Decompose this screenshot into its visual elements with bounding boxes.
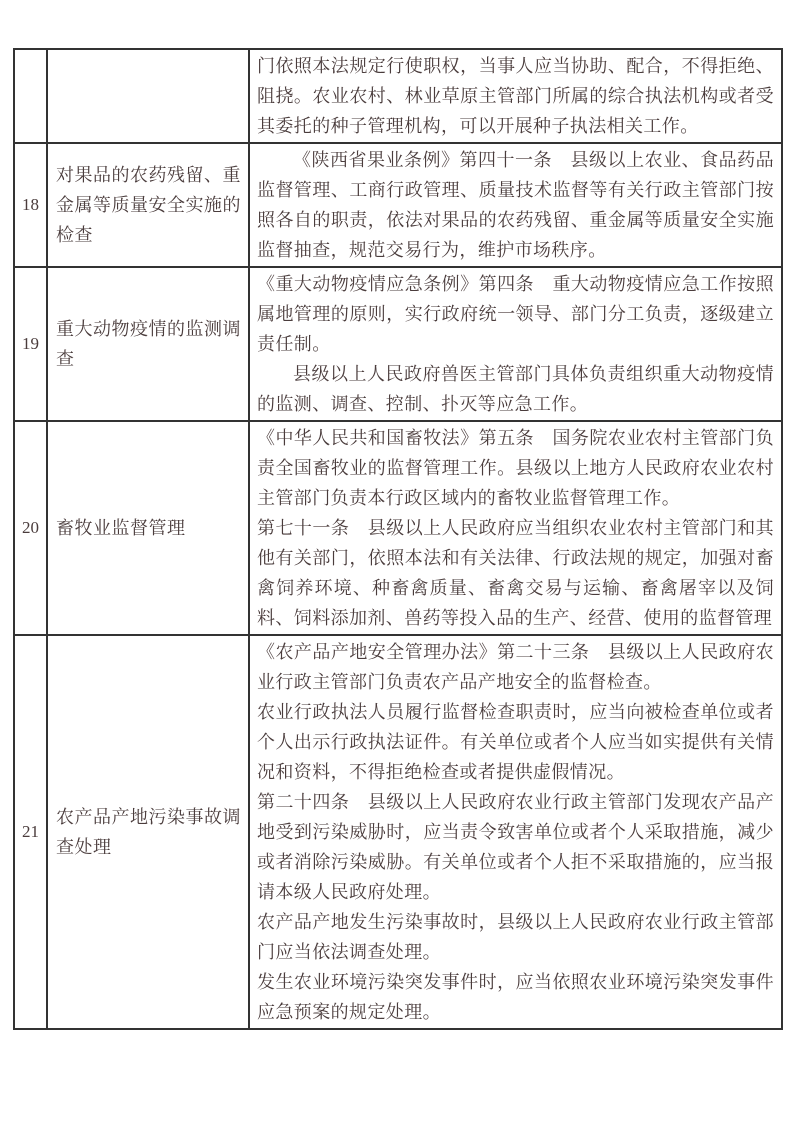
legal-basis-paragraph: 门依照本法规定行使职权，当事人应当协助、配合，不得拒绝、阻挠。农业农村、林业草原… [257, 51, 774, 141]
legal-basis-paragraph: 第二十四条 县级以上人民政府农业行政主管部门发现农产品产地受到污染威胁时，应当责… [257, 787, 774, 907]
legal-basis-paragraph: 县级以上人民政府兽医主管部门具体负责组织重大动物疫情的监测、调查、控制、扑灭等应… [257, 359, 774, 419]
document-page: 门依照本法规定行使职权，当事人应当协助、配合，不得拒绝、阻挠。农业农村、林业草原… [0, 0, 792, 1121]
legal-basis-paragraph: 农业行政执法人员履行监督检查职责时，应当向被检查单位或者个人出示行政执法证件。有… [257, 697, 774, 787]
row-number: 20 [14, 421, 47, 635]
task-name-cell: 畜牧业监督管理 [47, 421, 249, 635]
legal-basis-cell: 《农产品产地安全管理办法》第二十三条 县级以上人民政府农业行政主管部门负责农产品… [249, 635, 782, 1029]
row-number: 21 [14, 635, 47, 1029]
table-row: 门依照本法规定行使职权，当事人应当协助、配合，不得拒绝、阻挠。农业农村、林业草原… [14, 49, 782, 143]
legal-basis-paragraph: 第七十一条 县级以上人民政府应当组织农业农村主管部门和其他有关部门，依照本法和有… [257, 513, 774, 633]
legal-basis-paragraph: 《陕西省果业条例》第四十一条 县级以上农业、食品药品监督管理、工商行政管理、质量… [257, 145, 774, 265]
table-row: 20畜牧业监督管理《中华人民共和国畜牧法》第五条 国务院农业农村主管部门负责全国… [14, 421, 782, 635]
task-name-cell: 对果品的农药残留、重金属等质量安全实施的检查 [47, 143, 249, 267]
row-number: 19 [14, 267, 47, 421]
row-number: 18 [14, 143, 47, 267]
row-number [14, 49, 47, 143]
legal-basis-paragraph: 《中华人民共和国畜牧法》第五条 国务院农业农村主管部门负责全国畜牧业的监督管理工… [257, 423, 774, 513]
regulation-table: 门依照本法规定行使职权，当事人应当协助、配合，不得拒绝、阻挠。农业农村、林业草原… [13, 48, 783, 1030]
table-row: 21农产品产地污染事故调查处理《农产品产地安全管理办法》第二十三条 县级以上人民… [14, 635, 782, 1029]
regulation-table-body: 门依照本法规定行使职权，当事人应当协助、配合，不得拒绝、阻挠。农业农村、林业草原… [14, 49, 782, 1029]
table-row: 19重大动物疫情的监测调查《重大动物疫情应急条例》第四条 重大动物疫情应急工作按… [14, 267, 782, 421]
legal-basis-paragraph: 发生农业环境污染突发事件时，应当依照农业环境污染突发事件应急预案的规定处理。 [257, 967, 774, 1027]
legal-basis-paragraph: 《农产品产地安全管理办法》第二十三条 县级以上人民政府农业行政主管部门负责农产品… [257, 637, 774, 697]
task-name-cell: 农产品产地污染事故调查处理 [47, 635, 249, 1029]
legal-basis-paragraph: 农产品产地发生污染事故时，县级以上人民政府农业行政主管部门应当依法调查处理。 [257, 907, 774, 967]
legal-basis-cell: 《重大动物疫情应急条例》第四条 重大动物疫情应急工作按照属地管理的原则，实行政府… [249, 267, 782, 421]
task-name-cell: 重大动物疫情的监测调查 [47, 267, 249, 421]
legal-basis-cell: 《陕西省果业条例》第四十一条 县级以上农业、食品药品监督管理、工商行政管理、质量… [249, 143, 782, 267]
legal-basis-cell: 《中华人民共和国畜牧法》第五条 国务院农业农村主管部门负责全国畜牧业的监督管理工… [249, 421, 782, 635]
legal-basis-cell: 门依照本法规定行使职权，当事人应当协助、配合，不得拒绝、阻挠。农业农村、林业草原… [249, 49, 782, 143]
legal-basis-paragraph: 《重大动物疫情应急条例》第四条 重大动物疫情应急工作按照属地管理的原则，实行政府… [257, 269, 774, 359]
task-name-cell [47, 49, 249, 143]
table-row: 18对果品的农药残留、重金属等质量安全实施的检查《陕西省果业条例》第四十一条 县… [14, 143, 782, 267]
